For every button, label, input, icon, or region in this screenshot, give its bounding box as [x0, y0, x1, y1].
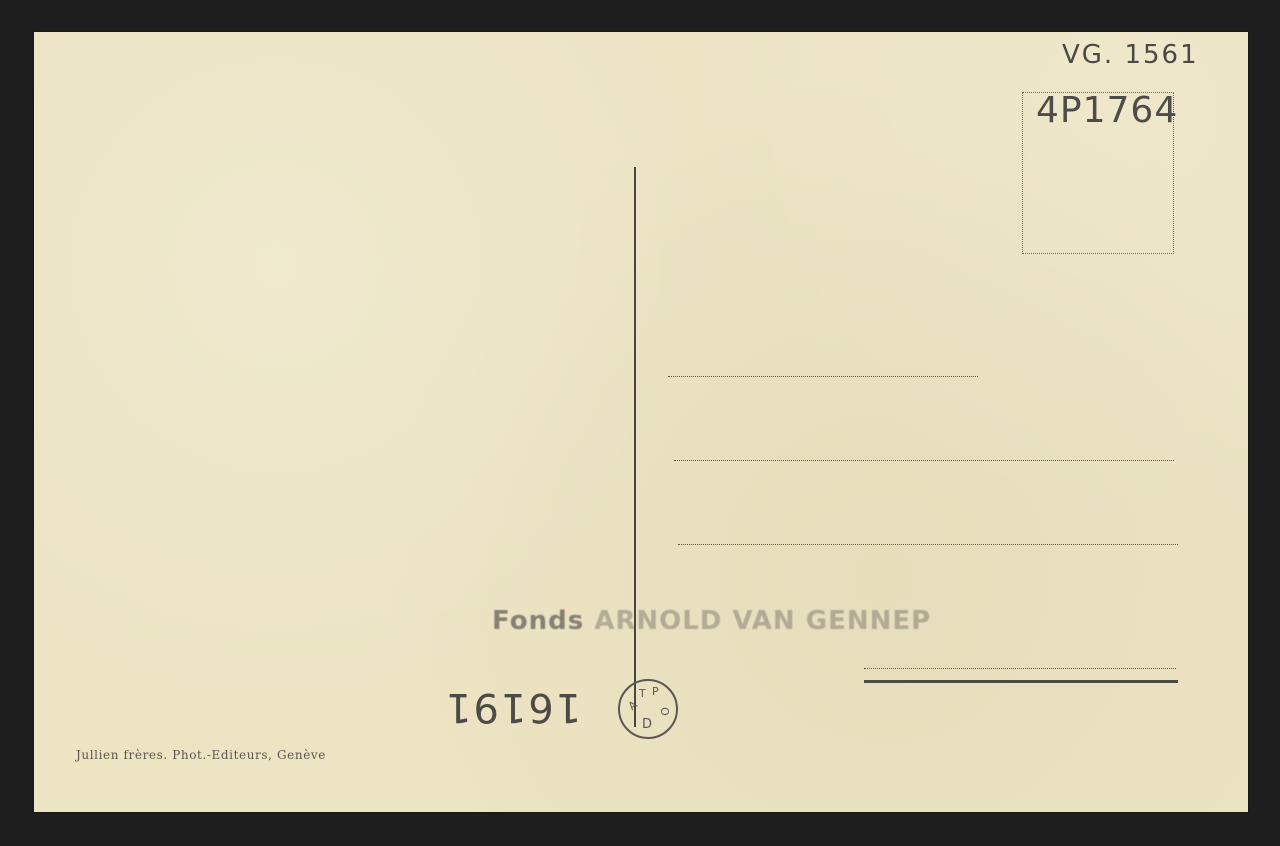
address-line-2	[674, 460, 1174, 461]
round-stamp-letter: D	[642, 717, 652, 732]
stamp-collection-name: ARNOLD VAN GENNEP	[594, 606, 931, 636]
address-line-1	[668, 376, 978, 377]
address-underline	[864, 680, 1178, 683]
address-line-3	[678, 544, 1178, 545]
center-divider-line	[634, 167, 636, 727]
round-stamp-letter: P	[652, 685, 659, 698]
address-line-4	[864, 668, 1176, 669]
stamp-fonds-text: Fonds	[492, 606, 584, 636]
inventory-number: 16191	[444, 684, 581, 730]
round-stamp-letter: A	[626, 698, 640, 713]
scan-background: VG. 1561 4P1764 Fonds ARNOLD VAN GENNEP …	[0, 0, 1280, 846]
round-stamp-letter: O	[658, 707, 671, 716]
round-stamp-letter: T	[639, 687, 646, 700]
handwritten-catalog-number: 4P1764	[1036, 90, 1178, 131]
round-archive-stamp: A T P D O	[618, 679, 678, 739]
publisher-imprint: Jullien frères. Phot.-Editeurs, Genève	[76, 748, 326, 762]
handwritten-reference: VG. 1561	[1062, 40, 1199, 70]
collection-ink-stamp: Fonds ARNOLD VAN GENNEP	[492, 606, 931, 636]
postcard-back: VG. 1561 4P1764 Fonds ARNOLD VAN GENNEP …	[34, 32, 1248, 812]
